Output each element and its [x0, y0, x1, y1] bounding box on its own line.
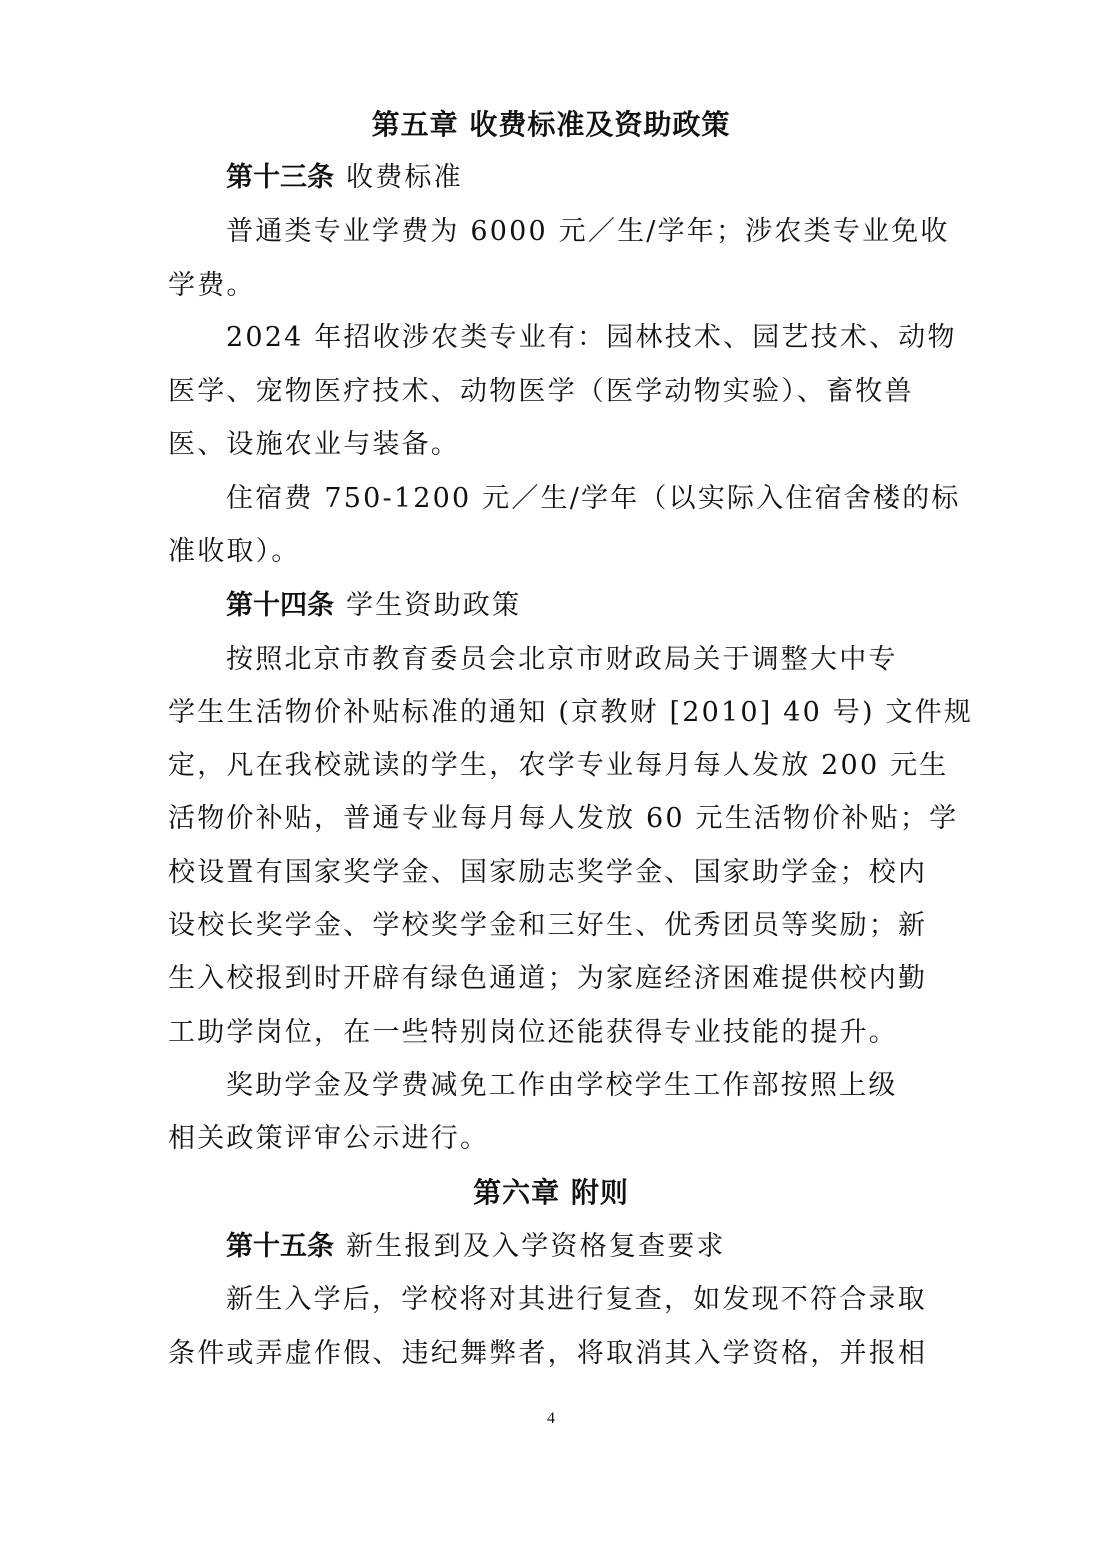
article-13-title: 收费标准 [346, 162, 463, 193]
article-14-number: 第十四条 [226, 590, 334, 621]
paragraph-line: 普通类专业学费为 6000 元／生/学年；涉农类专业免收 [226, 214, 994, 250]
paragraph-line: 条件或弄虚作假、违纪舞弊者，将取消其入学资格，并报相 [168, 1336, 936, 1372]
paragraph-line: 新生入学后，学校将对其进行复查，如发现不符合录取 [226, 1282, 994, 1318]
paragraph-line: 医学、宠物医疗技术、动物医学（医学动物实验）、畜牧兽 [168, 374, 936, 410]
paragraph-line: 按照北京市教育委员会北京市财政局关于调整大中专 [226, 642, 994, 678]
article-15-title: 新生报到及入学资格复查要求 [346, 1231, 726, 1262]
article-15-number: 第十五条 [226, 1231, 334, 1262]
article-14-heading: 第十四条学生资助政策 [226, 588, 994, 624]
paragraph-line: 准收取）。 [168, 534, 936, 570]
article-13-number: 第十三条 [226, 162, 334, 193]
article-13-heading: 第十三条收费标准 [226, 160, 994, 196]
paragraph-line: 定，凡在我校就读的学生，农学专业每月每人发放 200 元生 [168, 748, 936, 784]
paragraph-line: 设校长奖学金、学校奖学金和三好生、优秀团员等奖励；新 [168, 908, 936, 944]
document-page: 第五章 收费标准及资助政策 第十三条收费标准 普通类专业学费为 6000 元／生… [0, 0, 1102, 1559]
paragraph-line: 工助学岗位，在一些特别岗位还能获得专业技能的提升。 [168, 1015, 936, 1051]
paragraph-line: 2024 年招收涉农类专业有：园林技术、园艺技术、动物 [226, 320, 994, 356]
article-14-title: 学生资助政策 [346, 590, 521, 621]
paragraph-line: 相关政策评审公示进行。 [168, 1121, 936, 1157]
page-number: 4 [0, 1410, 1102, 1428]
chapter-5-heading: 第五章 收费标准及资助政策 [0, 107, 1102, 143]
paragraph-line: 活物价补贴，普通专业每月每人发放 60 元生活物价补贴；学 [168, 801, 936, 837]
paragraph-line: 学生生活物价补贴标准的通知 (京教财 [2010] 40 号) 文件规 [168, 695, 936, 731]
paragraph-line: 住宿费 750-1200 元／生/学年（以实际入住宿舍楼的标 [226, 481, 994, 517]
chapter-6-heading: 第六章 附则 [0, 1175, 1102, 1211]
paragraph-line: 学费。 [168, 268, 936, 304]
article-15-heading: 第十五条新生报到及入学资格复查要求 [226, 1229, 994, 1265]
paragraph-line: 校设置有国家奖学金、国家励志奖学金、国家助学金；校内 [168, 855, 936, 891]
paragraph-line: 奖助学金及学费减免工作由学校学生工作部按照上级 [226, 1068, 994, 1104]
paragraph-line: 生入校报到时开辟有绿色通道；为家庭经济困难提供校内勤 [168, 961, 936, 997]
paragraph-line: 医、设施农业与装备。 [168, 427, 936, 463]
